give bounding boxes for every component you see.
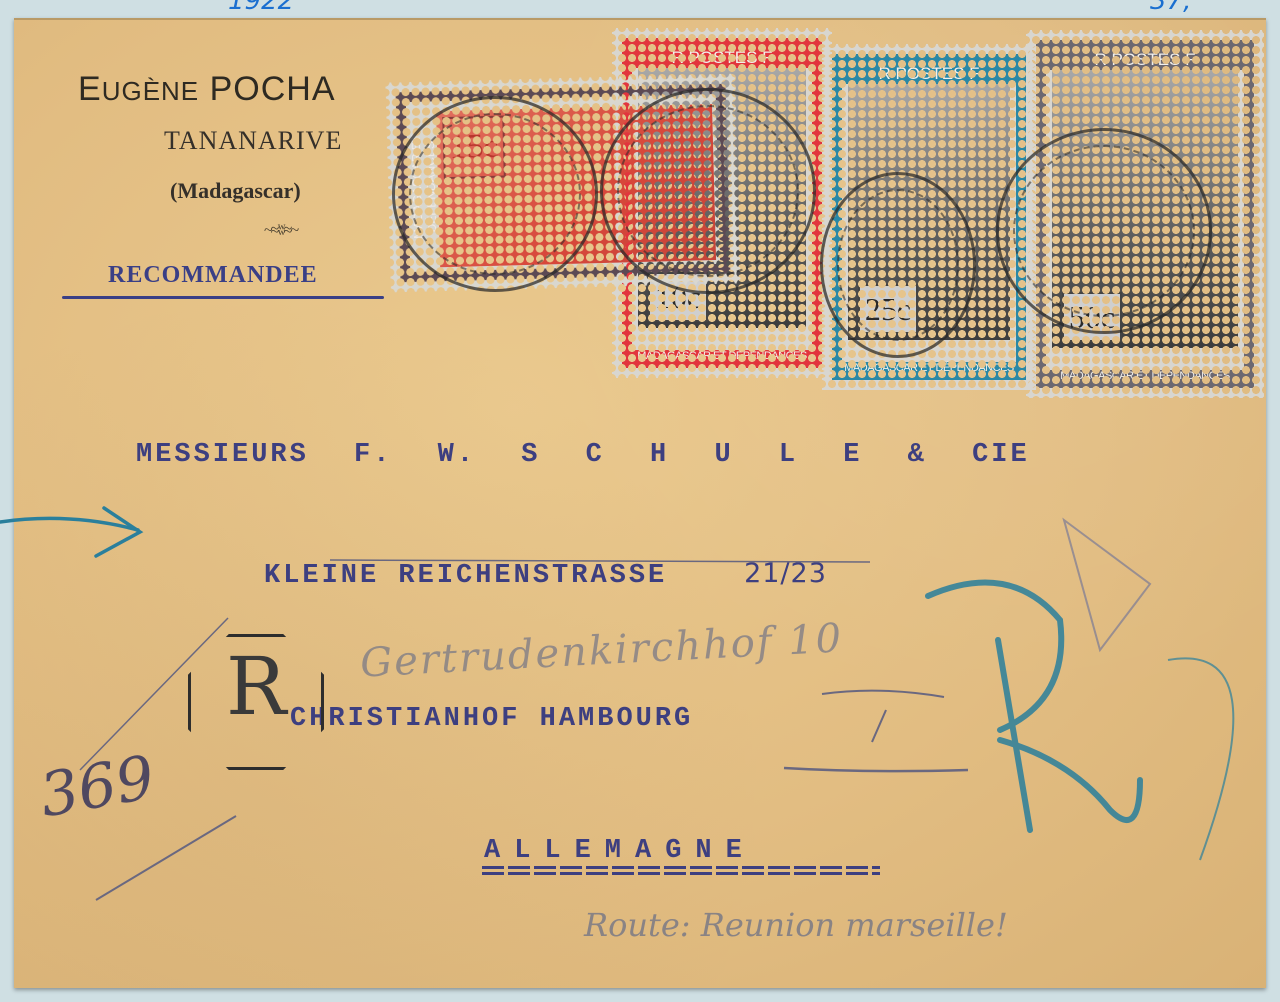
country-double-underline <box>482 866 880 878</box>
sender-country: (Madagascar) <box>170 178 301 204</box>
postmark-3 <box>820 172 976 358</box>
scan-annotation-ref: 37, <box>1150 0 1191 16</box>
recipient-line-2: KLEINE REICHENSTRASSE 21/23 <box>264 558 827 591</box>
postmark-4 <box>996 128 1212 334</box>
registered-label: RECOMMANDEE <box>108 262 318 289</box>
handwritten-route-note: Route: Reunion marseille! <box>584 906 1008 944</box>
sender-city: TANANARIVE <box>164 126 342 156</box>
registered-underline <box>62 296 384 299</box>
ornament-divider: ~≈ʬ≈~ <box>264 222 297 240</box>
recipient-country: ALLEMAGNE <box>484 836 756 866</box>
scan-annotation-year: 1922 <box>228 0 294 16</box>
postmark-1 <box>392 96 598 292</box>
registration-letter: R <box>226 640 286 733</box>
recipient-line-1: MESSIEURS F. W. S C H U L E & CIE <box>136 440 1030 470</box>
postmark-2 <box>600 88 816 294</box>
recipient-line-3: CHRISTIANHOF HAMBOURG <box>290 704 693 734</box>
sender-name: EUGÈNE POCHA <box>78 70 336 109</box>
